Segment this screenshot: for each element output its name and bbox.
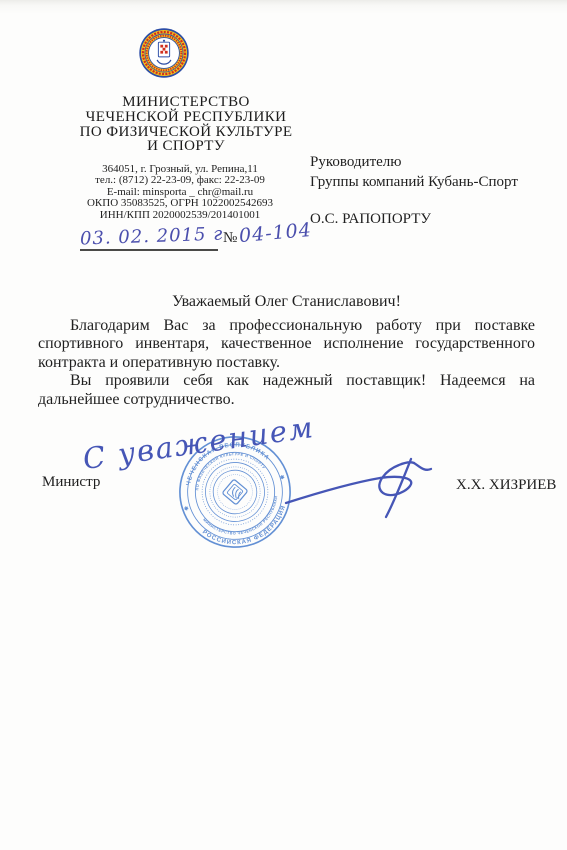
handwritten-date: 03. 02. 2015 г	[80, 224, 224, 250]
scan-edge-shadow	[0, 0, 567, 14]
letter-body: Благодарим Вас за профессиональную работ…	[38, 317, 535, 409]
signature-icon	[283, 456, 435, 522]
outgoing-date-field: 03. 02. 2015 г	[80, 226, 218, 251]
recipient-name: О.С. РАПОПОРТУ	[310, 209, 518, 229]
ministry-name-line: ПО ФИЗИЧЕСКОЙ КУЛЬТУРЕ	[46, 125, 326, 140]
body-paragraph: Благодарим Вас за профессиональную работ…	[38, 317, 535, 372]
recipient-block: Руководителю Группы компаний Кубань-Спор…	[310, 152, 518, 229]
ministry-name-line: И СПОРТУ	[46, 139, 326, 154]
letterhead-ministry-name: МИНИСТЕРСТВО ЧЕЧЕНСКОЙ РЕСПУБЛИКИ ПО ФИЗ…	[46, 95, 326, 154]
ministry-name-line: МИНИСТЕРСТВО	[46, 95, 326, 110]
coat-of-arms-icon	[138, 27, 190, 79]
salutation: Уважаемый Олег Станиславович!	[38, 293, 535, 311]
ministry-name-line: ЧЕЧЕНСКОЙ РЕСПУБЛИКИ	[46, 110, 326, 125]
recipient-organization: Группы компаний Кубань-Спорт	[310, 172, 518, 192]
recipient-position: Руководителю	[310, 152, 518, 172]
body-paragraph: Вы проявили себя как надежный поставщик!…	[38, 372, 535, 409]
stamp-separator-left: ✱	[183, 506, 190, 513]
inn-kpp-line: ИНН/КПП 2020002539/201401001	[40, 210, 320, 221]
letterhead-contact-block: 364051, г. Грозный, ул. Репина,11 тел.: …	[40, 164, 320, 221]
number-sign: №	[223, 230, 237, 247]
signer-title: Министр	[42, 474, 100, 491]
stamp-center-emblem	[222, 479, 248, 505]
letter-page: МИНИСТЕРСТВО ЧЕЧЕНСКОЙ РЕСПУБЛИКИ ПО ФИЗ…	[0, 0, 567, 850]
okpo-ogrn-line: ОКПО 35083525, ОГРН 1022002542693	[40, 198, 320, 209]
handwritten-outgoing-number: 04-104	[238, 219, 313, 247]
signer-name: Х.Х. ХИЗРИЕВ	[456, 477, 556, 494]
